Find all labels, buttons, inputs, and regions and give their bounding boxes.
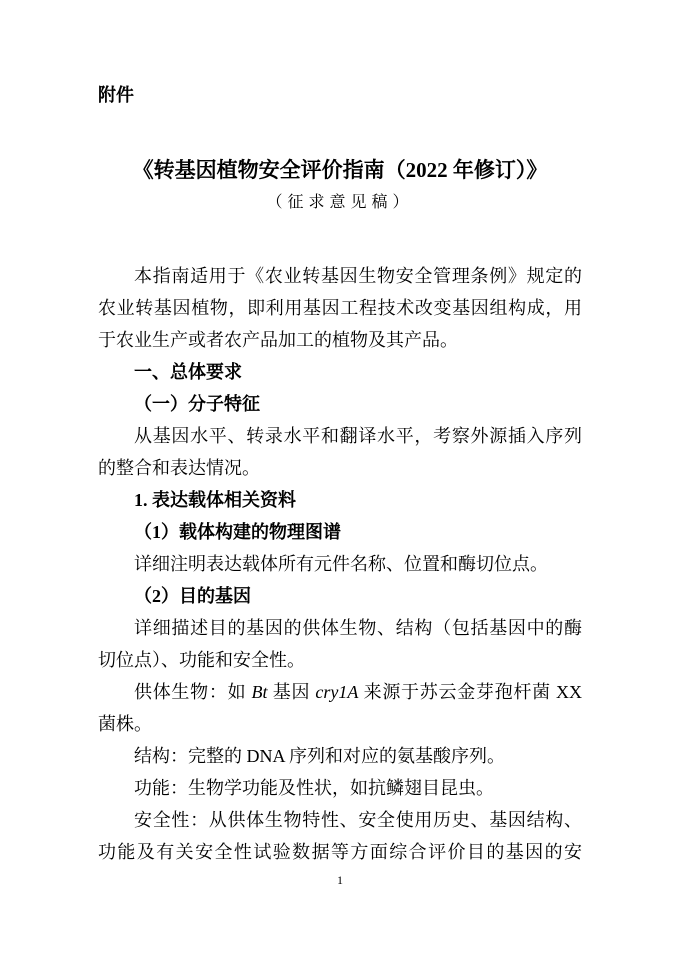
body-text-line: 供体生物：如 Bt 基因 cry1A 来源于苏云金芽孢杆菌 XX	[98, 676, 582, 708]
body-text-line: 的整合和表达情况。	[98, 452, 582, 484]
subsection-heading: （一）分子特征	[98, 388, 582, 420]
body-text-line: 功能：生物学功能及性状，如抗鳞翅目昆虫。	[98, 772, 582, 804]
body-text-line: 本指南适用于《农业转基因生物安全管理条例》规定的	[98, 260, 582, 292]
body-text-line: 菌株。	[98, 708, 582, 740]
document-title: 《转基因植物安全评价指南（2022 年修订）》	[98, 156, 582, 184]
body-text-line: 功能及有关安全性试验数据等方面综合评价目的基因的安	[98, 836, 582, 868]
attachment-label: 附件	[98, 84, 582, 106]
body-text-line: 安全性：从供体生物特性、安全使用历史、基因结构、	[98, 804, 582, 836]
text-segment: 来源于苏云金芽孢杆菌 XX	[358, 682, 582, 702]
sub-item-heading: （2）目的基因	[98, 580, 582, 612]
document-body: 本指南适用于《农业转基因生物安全管理条例》规定的农业转基因植物，即利用基因工程技…	[98, 260, 582, 868]
body-text-line: 详细描述目的基因的供体生物、结构（包括基因中的酶	[98, 612, 582, 644]
gene-name-italic: cry1A	[315, 682, 358, 702]
page-number: 1	[0, 872, 680, 888]
section-heading: 一、总体要求	[98, 356, 582, 388]
document-content: 附件 《转基因植物安全评价指南（2022 年修订）》 （征求意见稿） 本指南适用…	[98, 0, 582, 868]
body-text-line: 农业转基因植物，即利用基因工程技术改变基因组构成，用	[98, 292, 582, 324]
document-page: 附件 《转基因植物安全评价指南（2022 年修订）》 （征求意见稿） 本指南适用…	[0, 0, 680, 961]
body-text-line: 切位点）、功能和安全性。	[98, 644, 582, 676]
document-subtitle: （征求意见稿）	[98, 193, 582, 213]
body-text-line: 于农业生产或者农产品加工的植物及其产品。	[98, 324, 582, 356]
body-text-line: 详细注明表达载体所有元件名称、位置和酶切位点。	[98, 548, 582, 580]
text-segment: 基因	[268, 682, 316, 702]
text-segment: 供体生物：如	[134, 682, 252, 702]
item-heading: 1. 表达载体相关资料	[98, 484, 582, 516]
body-text-line: 结构：完整的 DNA 序列和对应的氨基酸序列。	[98, 740, 582, 772]
sub-item-heading: （1）载体构建的物理图谱	[98, 516, 582, 548]
gene-name-italic: Bt	[252, 682, 268, 702]
body-text-line: 从基因水平、转录水平和翻译水平，考察外源插入序列	[98, 420, 582, 452]
